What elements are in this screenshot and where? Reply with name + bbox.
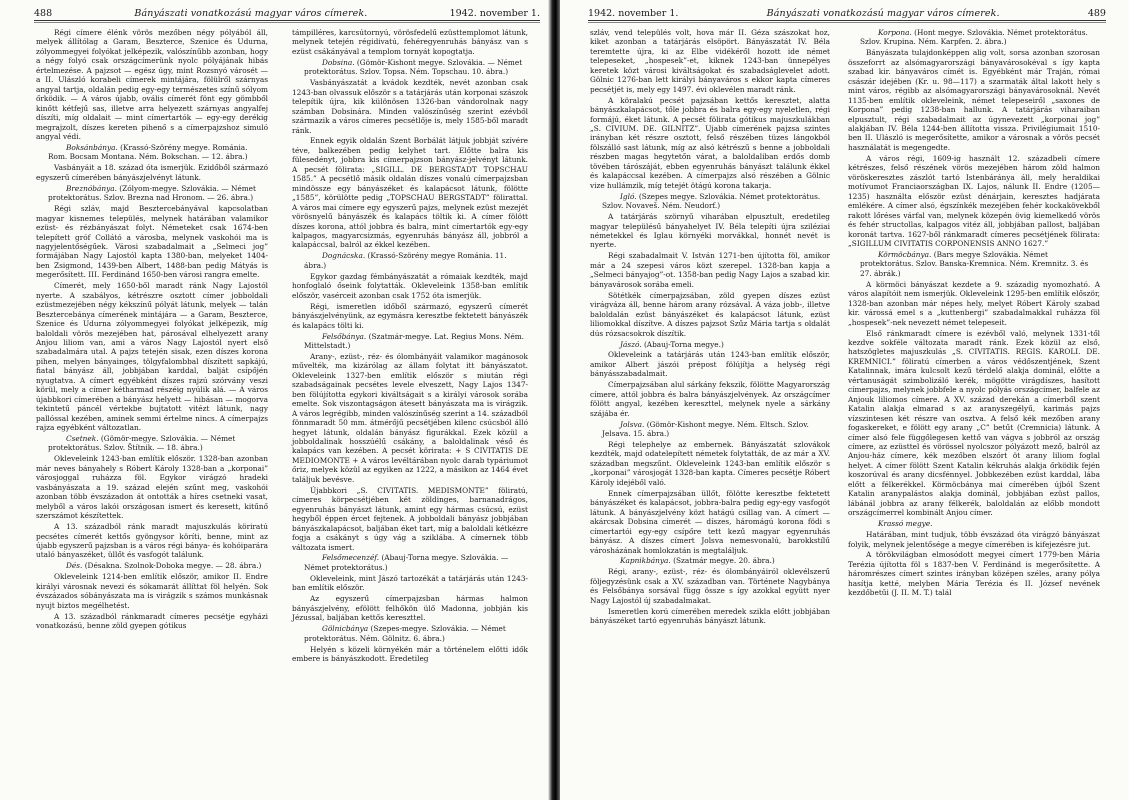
town-entry-heading: Felsőbánya. (Szatmár-megye. Lat. Regius … (292, 332, 528, 351)
paragraph: A köralakú pecsét pajzsában kettős keres… (590, 96, 830, 191)
running-title: Bányászati vonatkozású magyar város címe… (767, 8, 1000, 19)
paragraph: Első ránkmaradt címere is ezévből való, … (848, 329, 1100, 518)
paragraph: Vasbányászatát a kvádok kezdték, nevét a… (292, 78, 528, 135)
town-entry-heading: Körmöcbánya. (Bars megye Szlovákia. Néme… (848, 250, 1100, 278)
paragraph: Okleveleink, mint Jászó tartozékát a tat… (292, 574, 528, 593)
town-name: Gölnicbánya (322, 624, 368, 633)
paragraph: A tatárjárás szörnyű viharában elpusztul… (590, 212, 830, 250)
left-page-header: 488 Bányászati vonatkozású magyar város … (34, 5, 540, 21)
left-page-column-2: támpilléres, karcsútornyú, vörösfedelű e… (292, 28, 528, 665)
paragraph: Okleveleink a tatárjárás után 1243-ban e… (590, 350, 830, 378)
paragraph: Okleveleink 1243-ban említik először. 13… (36, 454, 268, 520)
paragraph: Sötétkék címerpajzsában, zöld gyepen dís… (590, 291, 830, 338)
town-location-note: (Abauj-Torna megye.) (644, 340, 724, 349)
left-page-column-1: Régi címere élénk vörös mezőben négy pól… (36, 28, 268, 632)
paragraph: A törökvilágban elmosódott megyei címert… (848, 550, 1100, 597)
running-title: Bányászati vonatkozású magyar város címe… (134, 8, 367, 19)
town-entry-heading: Kapnikbánya. (Szatmár megye. 20. ábra.) (590, 556, 830, 565)
paragraph: Újabbkori „S. CIVITATIS. MEDISMONTE” föl… (292, 486, 528, 552)
paragraph: Ennek egyik oldalán Szent Borbálát látju… (292, 136, 528, 249)
paragraph: Okleveleink 1214-ben említik először, am… (36, 572, 268, 610)
paragraph: szláv, vend település volt, hova már II.… (590, 28, 830, 94)
right-page: 1942. november 1. Bányászati vonatkozású… (560, 0, 1129, 800)
town-name: Jolsva. (620, 420, 644, 429)
left-page: 488 Bányászati vonatkozású magyar város … (0, 0, 548, 800)
town-name: Dognácska. (322, 251, 365, 260)
paragraph: Címerét, mely 1650-ből maradt ránk Nagy … (36, 281, 268, 432)
paragraph: Ismeretlen korú címerében meredek szikla… (590, 607, 830, 626)
town-entry-heading: Igló. (Szepes megye. Szlovákia. Német pr… (590, 192, 830, 211)
town-name: Körmöcbánya. (878, 250, 931, 259)
paragraph: Címerpajzsában alul sárkány fekszik, föl… (590, 380, 830, 418)
town-entry-heading: Jolsva. (Gömör-Kishont megye. Ném. Eltsc… (590, 420, 830, 439)
header-rule (588, 20, 1106, 23)
town-entry-heading: Jászó. (Abauj-Torna megye.) (590, 340, 830, 349)
town-name: Dés. (66, 561, 82, 570)
paragraph: A körmöci bányászat kezdete a 9. századi… (848, 280, 1100, 327)
paragraph: Határában, mint tudjuk, több évszázad ót… (848, 530, 1100, 549)
town-entry-heading: Csetnek. (Gömör-megye. Szlovákia. — Néme… (36, 434, 268, 453)
town-name: Jászó. (620, 340, 642, 349)
town-location-note: (Szatmár megye. 20. ábra.) (673, 556, 775, 565)
paragraph: Az egyszerű címerpajzsban hármas halmon … (292, 594, 528, 622)
town-entry-heading: Breznóbánya. (Zólyom-megye. Szlovákia. —… (36, 184, 268, 203)
paragraph: Helyén s közeli környékén már a történel… (292, 645, 528, 664)
town-name: Felsőbánya. (322, 332, 366, 341)
paragraph: A 13. századból ránk maradt majuszkulás … (36, 522, 268, 560)
right-page-column-2: Korpona. (Hont megye. Szlovákia. Német p… (848, 28, 1100, 599)
town-entry-heading: Dobsina. (Gömör-Kishont megye. Szlovákia… (292, 58, 528, 77)
paragraph: Régi szláv, majd Besztercebányával kapcs… (36, 204, 268, 280)
paragraph: támpilléres, karcsútornyú, vörösfedelű e… (292, 28, 528, 56)
town-entry-heading: Boksánbánya. (Krassó-Szörény megye. Romá… (36, 143, 268, 162)
town-entry-heading: Gölnicbánya (Szepes-megye. Szlovákia. — … (292, 624, 528, 643)
right-page-column-1: szláv, vend település volt, hova már II.… (590, 28, 830, 627)
paragraph: A 13. századból ránkmaradt címeres pecsé… (36, 612, 268, 631)
paragraph: Egykor gazdag fémbányászatát a rómaiak k… (292, 272, 528, 300)
issue-date: 1942. november 1. (588, 8, 678, 19)
town-entry-heading: Dognácska. (Krassó-Szörény megye Románia… (292, 251, 528, 270)
paragraph: Régi szabadalmait V. István 1271-ben újí… (590, 251, 830, 289)
town-name: Breznóbánya. (66, 184, 117, 193)
town-name: Boksánbánya. (66, 143, 118, 152)
paragraph: Ennek címerpajzsában üllőt, fölötte kere… (590, 489, 830, 555)
page-number: 488 (34, 8, 52, 19)
paragraph: Bányászata tulajdonképpen alig volt, sor… (848, 48, 1100, 152)
town-location-note: (Désakna. Szolnok-Doboka megye. — 28. áb… (85, 561, 262, 570)
right-page-header: 1942. november 1. Bányászati vonatkozású… (588, 5, 1106, 21)
town-entry-heading: Felsőmecenzéf. (Abauj-Torna megye. Szlov… (292, 553, 528, 572)
paragraph: Régi telephelye az embernek. Bányászatát… (590, 440, 830, 487)
town-name: Dobsina. (322, 58, 355, 67)
paragraph: Vasbányáit a 18. század óta ismerjük. Ez… (36, 163, 268, 182)
town-name: Krassó megye. (878, 519, 933, 528)
paragraph: Régi címere élénk vörös mezőben négy pól… (36, 28, 268, 141)
paragraph: Arany-, ezüst-, réz- és ólombányáit vala… (292, 352, 528, 484)
paragraph: A város régi, 1609-ig használt 12. száza… (848, 154, 1100, 249)
header-rule (34, 20, 540, 23)
town-entry-heading: Korpona. (Hont megye. Szlovákia. Német p… (848, 28, 1100, 47)
issue-date: 1942. november 1. (450, 8, 540, 19)
town-entry-heading: Dés. (Désakna. Szolnok-Doboka megye. — 2… (36, 561, 268, 570)
paragraph: Régi, arany-, ezüst-, réz- és ólombányái… (590, 567, 830, 605)
paragraph: Régi, ismeretlen időből származó, egysze… (292, 302, 528, 330)
town-entry-heading: Krassó megye. (848, 519, 1100, 528)
page-number: 489 (1088, 8, 1106, 19)
town-name: Csetnek. (66, 434, 99, 443)
town-name: Felsőmecenzéf. (322, 553, 379, 562)
town-name: Kapnikbánya. (620, 556, 671, 565)
town-name: Igló. (620, 192, 637, 201)
town-name: Korpona. (878, 28, 912, 37)
